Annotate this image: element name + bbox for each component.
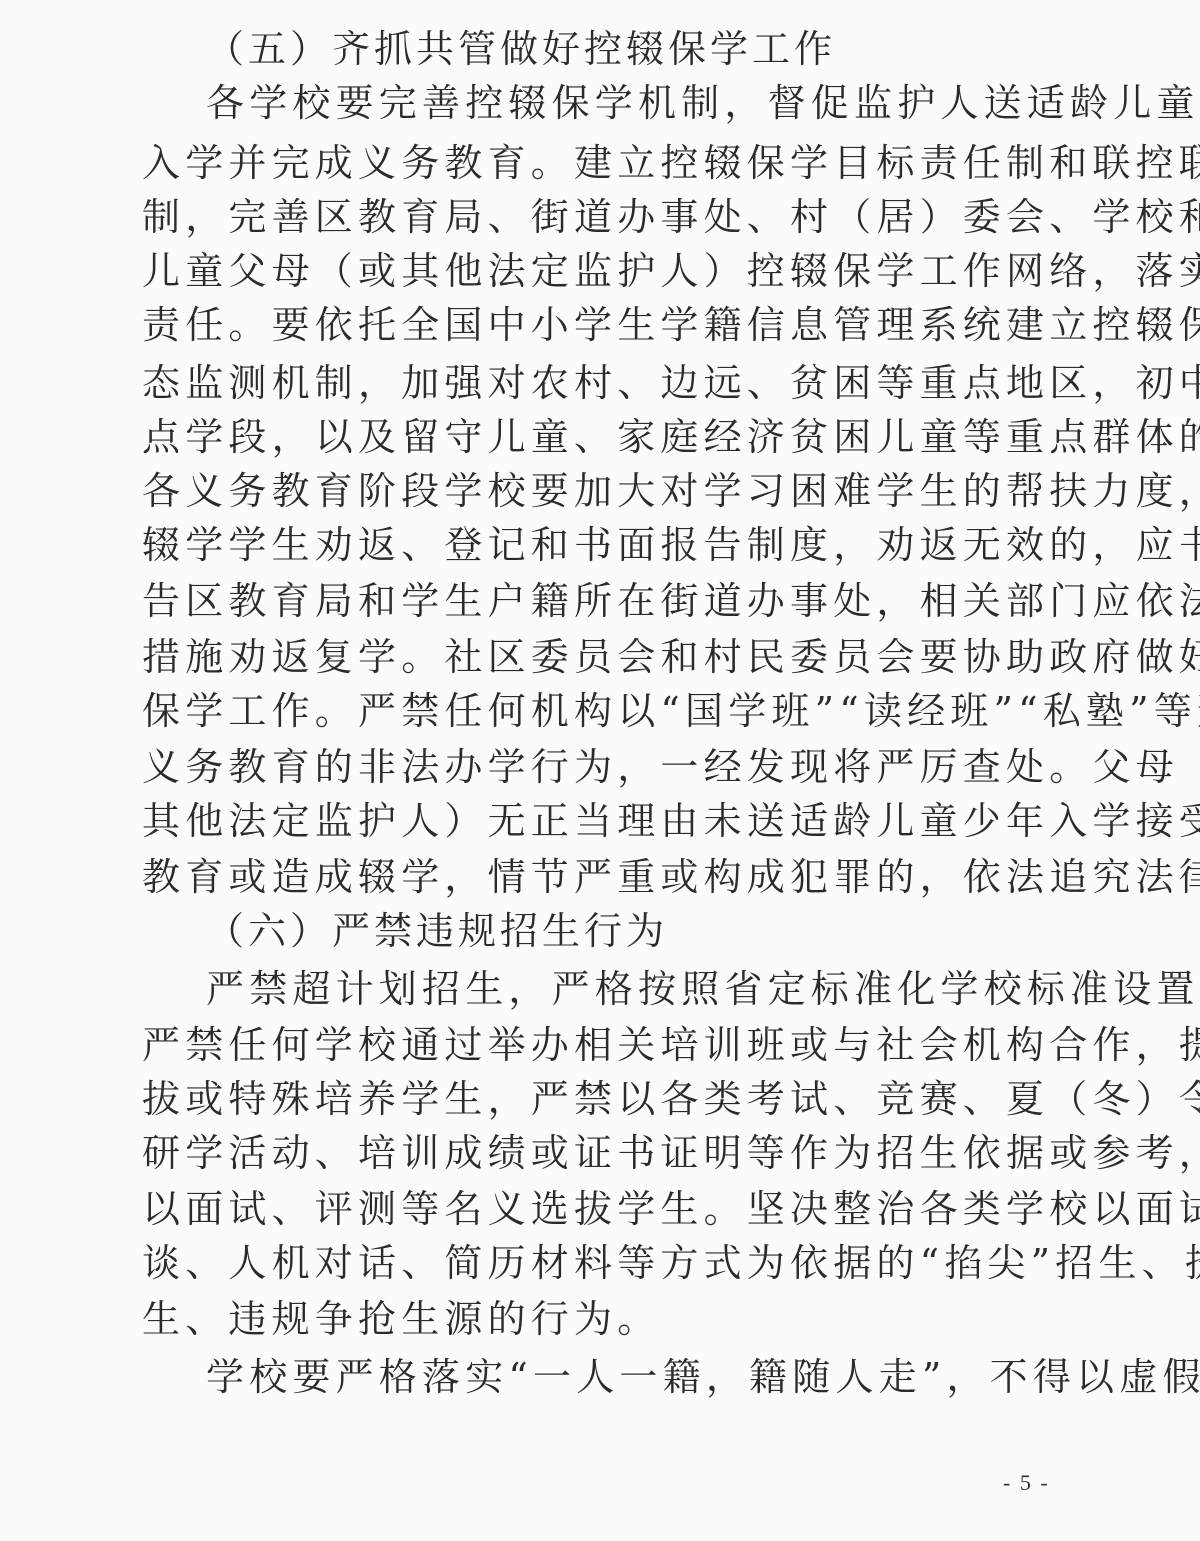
paragraph-line: 入学并完成义务教育。建立控辍保学目标责任制和联控联保机 (142, 136, 1058, 190)
paragraph-line: 生、违规争抢生源的行为。 (142, 1292, 660, 1346)
paragraph-line: 措施劝返复学。社区委员会和村民委员会要协助政府做好控辍 (142, 630, 1058, 684)
page-number: - 5 - (1003, 1470, 1050, 1496)
paragraph-line: 各义务教育阶段学校要加大对学习困难学生的帮扶力度，落实 (142, 464, 1058, 518)
paragraph-line: 各学校要完善控辍保学机制，督促监护人送适龄儿童少年 (206, 76, 1058, 130)
paragraph-line: 学校要严格落实“一人一籍，籍随人走”，不得以虚假信息 (206, 1350, 1058, 1404)
paragraph-line: 告区教育局和学生户籍所在街道办事处，相关部门应依法采取 (142, 574, 1058, 628)
paragraph-line: 严禁任何学校通过举办相关培训班或与社会机构合作，提前选 (142, 1018, 1058, 1072)
paragraph-line: 保学工作。严禁任何机构以“国学班”“读经班”“私塾”等形式替代 (142, 684, 1058, 738)
paragraph-line: 责任。要依托全国中小学生学籍信息管理系统建立控辍保学动 (142, 298, 1058, 352)
paragraph-line: 教育或造成辍学，情节严重或构成犯罪的，依法追究法律责任。 (142, 850, 1058, 904)
paragraph-line: 以面试、评测等名义选拔学生。坚决整治各类学校以面试、面 (142, 1182, 1058, 1236)
paragraph-line: 儿童父母（或其他法定监护人）控辍保学工作网络，落实各级 (142, 244, 1058, 298)
paragraph-line: 制，完善区教育局、街道办事处、村（居）委会、学校和适龄 (142, 190, 1058, 244)
document-page: （五）齐抓共管做好控辍保学工作 各学校要完善控辍保学机制，督促监护人送适龄儿童少… (0, 0, 1200, 1541)
section-heading-6: （六）严禁违规招生行为 (206, 904, 668, 958)
paragraph-line: 点学段，以及留守儿童、家庭经济贫困儿童等重点群体的监控。 (142, 410, 1058, 464)
paragraph-line: 其他法定监护人）无正当理由未送适龄儿童少年入学接受义务 (142, 794, 1058, 848)
paragraph-line: 严禁超计划招生，严格按照省定标准化学校标准设置班额。 (206, 962, 1058, 1016)
paragraph-line: 研学活动、培训成绩或证书证明等作为招生依据或参考，不得 (142, 1126, 1058, 1180)
paragraph-line: 辍学学生劝返、登记和书面报告制度，劝返无效的，应书面报 (142, 518, 1058, 572)
paragraph-line: 态监测机制，加强对农村、边远、贫困等重点地区，初中等重 (142, 356, 1058, 410)
section-heading-5: （五）齐抓共管做好控辍保学工作 (206, 22, 836, 76)
paragraph-line: 拔或特殊培养学生，严禁以各类考试、竞赛、夏（冬）令营、 (142, 1072, 1058, 1126)
paragraph-line: 义务教育的非法办学行为，一经发现将严厉查处。父母（或者 (142, 740, 1058, 794)
paragraph-line: 谈、人机对话、简历材料等方式为依据的“掐尖”招生、提前招 (142, 1236, 1058, 1290)
